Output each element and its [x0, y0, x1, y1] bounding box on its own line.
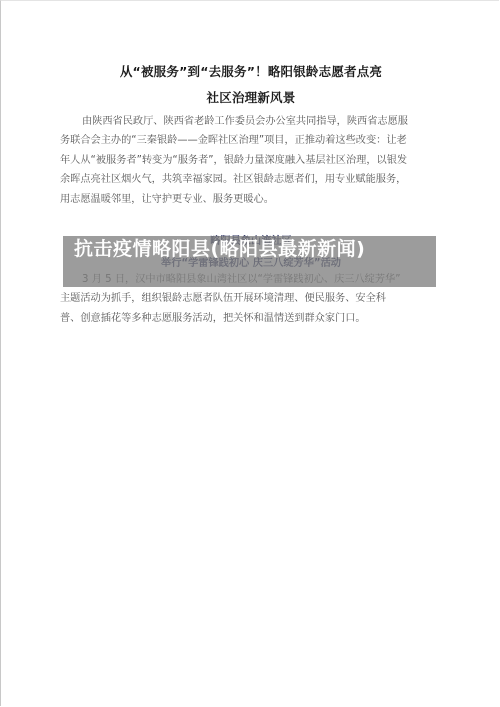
paragraph-intro: 由陕西省民政厅、陕西省老龄工作委员会办公室共同指导，陕西省志愿服 务联合会主办的… — [60, 112, 442, 209]
headline-overlay-text[interactable]: 抗击疫情略阳县(略阳县最新新闻) — [74, 238, 414, 260]
paragraph-line: 年人从“被服务者”转变为“服务者”，银龄力量深度融入基层社区治理，以银发 — [60, 151, 442, 170]
paragraph-line: 由陕西省民政厅、陕西省老龄工作委员会办公室共同指导，陕西省志愿服 — [60, 112, 442, 131]
paragraph-line: 用志愿温暖邻里，让守护更专业、服务更暖心。 — [60, 190, 442, 209]
article-title-line-1: 从“被服务”到“去服务”！略阳银龄志愿者点亮 — [60, 62, 442, 80]
paragraph-line: 务联合会主办的“三秦银龄——金晖社区治理”项目，正推动着这些改变：让老 — [60, 131, 442, 150]
article-title-line-2: 社区治理新风景 — [60, 88, 442, 106]
paragraph-line: 普、创意插花等多种志愿服务活动，把关怀和温情送到群众家门口。 — [60, 309, 442, 328]
paragraph-line: 主题活动为抓手，组织银龄志愿者队伍开展环境清理、便民服务、安全科 — [60, 289, 442, 308]
paragraph-line: 余晖点亮社区烟火气，共筑幸福家园。社区银龄志愿者们，用专业赋能服务， — [60, 170, 442, 189]
